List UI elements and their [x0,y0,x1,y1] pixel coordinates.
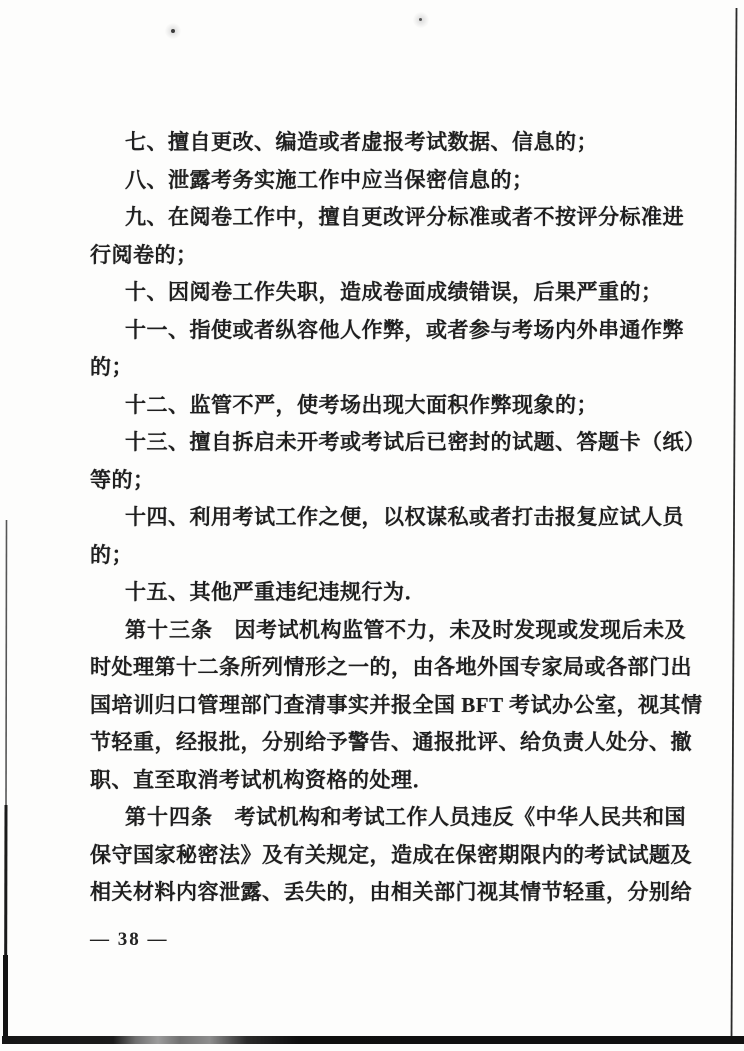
scan-edge-bottom-bar [2,1036,744,1044]
scan-edge-left-line-thin [6,520,7,810]
list-item-line: 八、泄露考务实施工作中应当保密信息的； [90,162,680,200]
ink-speck-core [171,29,175,33]
article-number: 第十三条 [125,619,213,642]
article-number: 第十四条 [125,806,213,829]
article-text-line: 保守国家秘密法》及有关规定，造成在保密期限内的考试试题及 [90,837,680,875]
list-item-line: 十三、擅自拆启未开考或考试后已密封的试题、答题卡（纸） [90,424,680,462]
list-item-line: 七、擅自更改、编造或者虚报考试数据、信息的； [90,124,680,162]
document-body: 七、擅自更改、编造或者虚报考试数据、信息的；八、泄露考务实施工作中应当保密信息的… [90,124,680,912]
page-number: — 38 — [90,929,169,951]
list-item-line: 十四、利用考试工作之便，以权谋私或者打击报复应试人员 [90,499,680,537]
scan-edge-right-line [732,8,737,1040]
article-text-line: 时处理第十二条所列情形之一的，由各地外国专家局或各部门出 [90,649,680,687]
article-text-line: 职、直至取消考试机构资格的处理． [90,762,680,800]
article-text-line: 第十三条 因考试机构监管不力，未及时发现或发现后未及 [90,612,680,650]
scan-edge-left-line-thick [6,805,7,1041]
list-item-line: 的； [90,537,680,575]
article-text-line: 相关材料内容泄露、丢失的，由相关部门视其情节轻重，分别给 [90,874,680,912]
article-text-line: 第十四条 考试机构和考试工作人员违反《中华人民共和国 [90,799,680,837]
article-text-line: 国培训归口管理部门查清事实并报全国 BFT 考试办公室，视其情 [90,687,680,725]
list-item-line: 十一、指使或者纵容他人作弊，或者参与考场内外串通作弊 [90,312,680,350]
list-item-line: 十五、其他严重违纪违规行为． [90,574,680,612]
scanned-document-page: 七、擅自更改、编造或者虚报考试数据、信息的；八、泄露考务实施工作中应当保密信息的… [0,0,744,1051]
list-item-line: 十、因阅卷工作失职，造成卷面成绩错误，后果严重的； [90,274,680,312]
article-text-line: 节轻重，经报批，分别给予警告、通报批评、给负责人处分、撤 [90,724,680,762]
ink-speck-core [419,18,422,21]
list-item-line: 的； [90,349,680,387]
list-item-line: 九、在阅卷工作中，擅自更改评分标准或者不按评分标准进 [90,199,680,237]
list-item-line: 十二、监管不严，使考场出现大面积作弊现象的； [90,387,680,425]
list-item-line: 行阅卷的； [90,237,680,275]
list-item-line: 等的； [90,462,680,500]
